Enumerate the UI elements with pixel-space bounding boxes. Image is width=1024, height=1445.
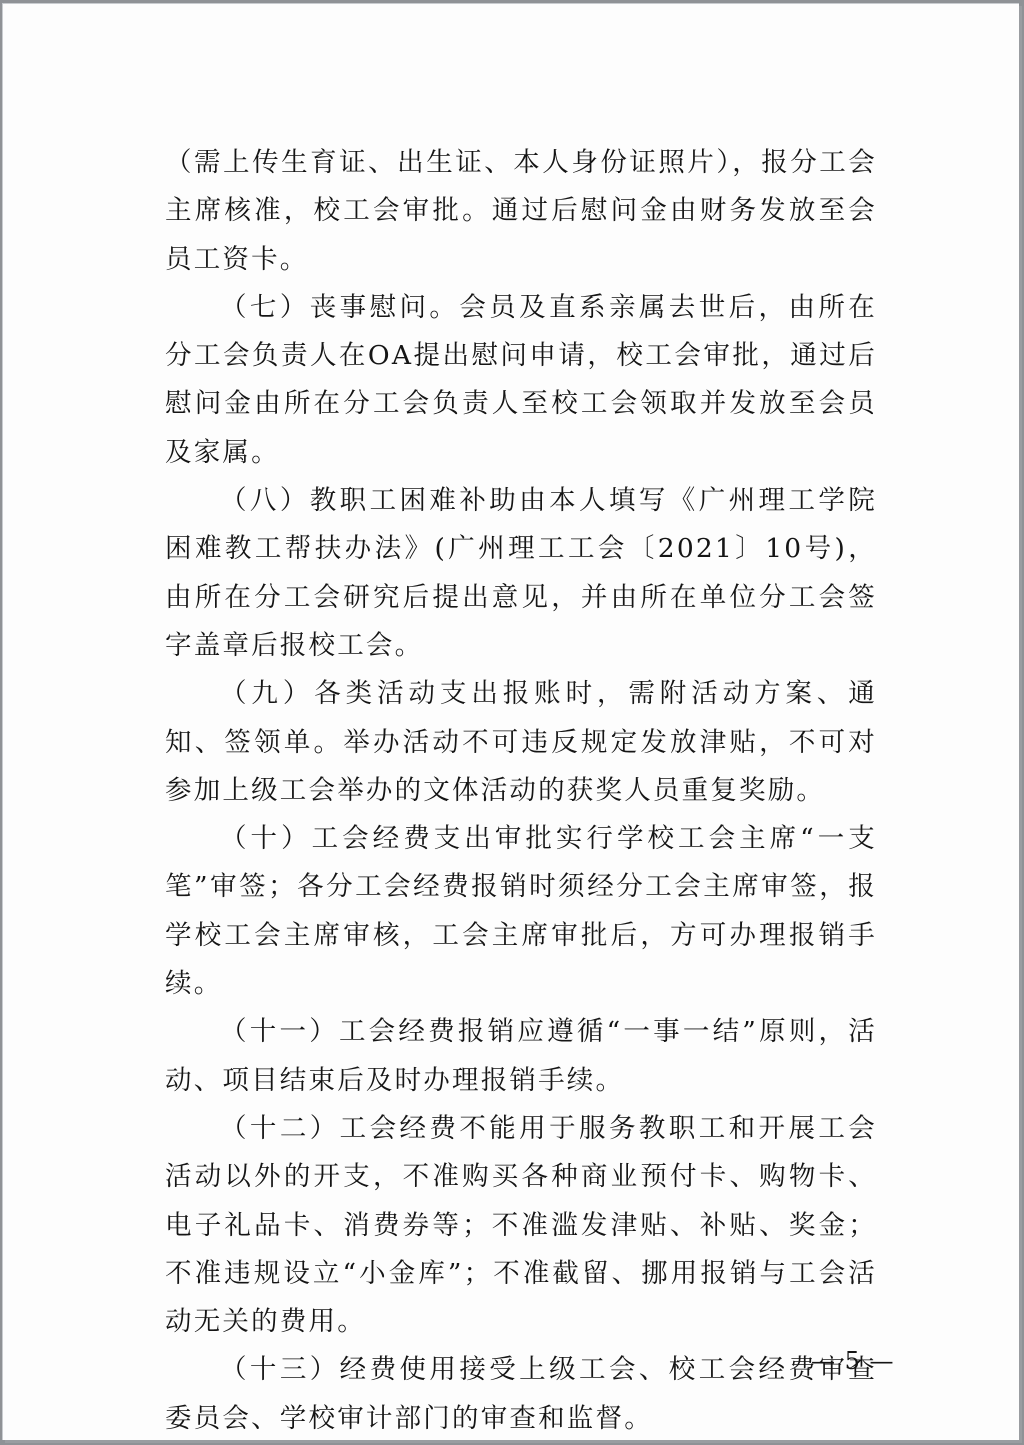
paragraph-item-11-reimbursement: （十一）工会经费报销应遵循“一事一结”原则，活动、项目结束后及时办理报销手续。 — [165, 1008, 877, 1105]
paragraph-item-10-approval: （十）工会经费支出审批实行学校工会主席“一支笔”审签；各分工会经费报销时须经分工… — [165, 815, 877, 1008]
paragraph-item-7-funeral-condolence: （七）丧事慰问。会员及直系亲属去世后，由所在分工会负责人在OA提出慰问申请，校工… — [165, 284, 877, 477]
paragraph-item-9-activity-expenses: （九）各类活动支出报账时，需附活动方案、通知、签领单。举办活动不可违反规定发放津… — [165, 670, 877, 815]
document-body: （需上传生育证、出生证、本人身份证照片），报分工会主席核准，校工会审批。通过后慰… — [165, 139, 877, 1443]
document-page: （需上传生育证、出生证、本人身份证照片），报分工会主席核准，校工会审批。通过后慰… — [2, 3, 1019, 1440]
paragraph-item-13-supervision: （十三）经费使用接受上级工会、校工会经费审查委员会、学校审计部门的审查和监督。 — [165, 1346, 877, 1443]
paragraph-continuation-item-6: （需上传生育证、出生证、本人身份证照片），报分工会主席核准，校工会审批。通过后慰… — [165, 139, 877, 284]
paragraph-item-12-prohibitions: （十二）工会经费不能用于服务教职工和开展工会活动以外的开支，不准购买各种商业预付… — [165, 1105, 877, 1346]
paragraph-item-8-hardship-subsidy: （八）教职工困难补助由本人填写《广州理工学院困难教工帮扶办法》(广州理工工会〔2… — [165, 477, 877, 670]
page-number: — 5 — — [811, 1347, 895, 1375]
